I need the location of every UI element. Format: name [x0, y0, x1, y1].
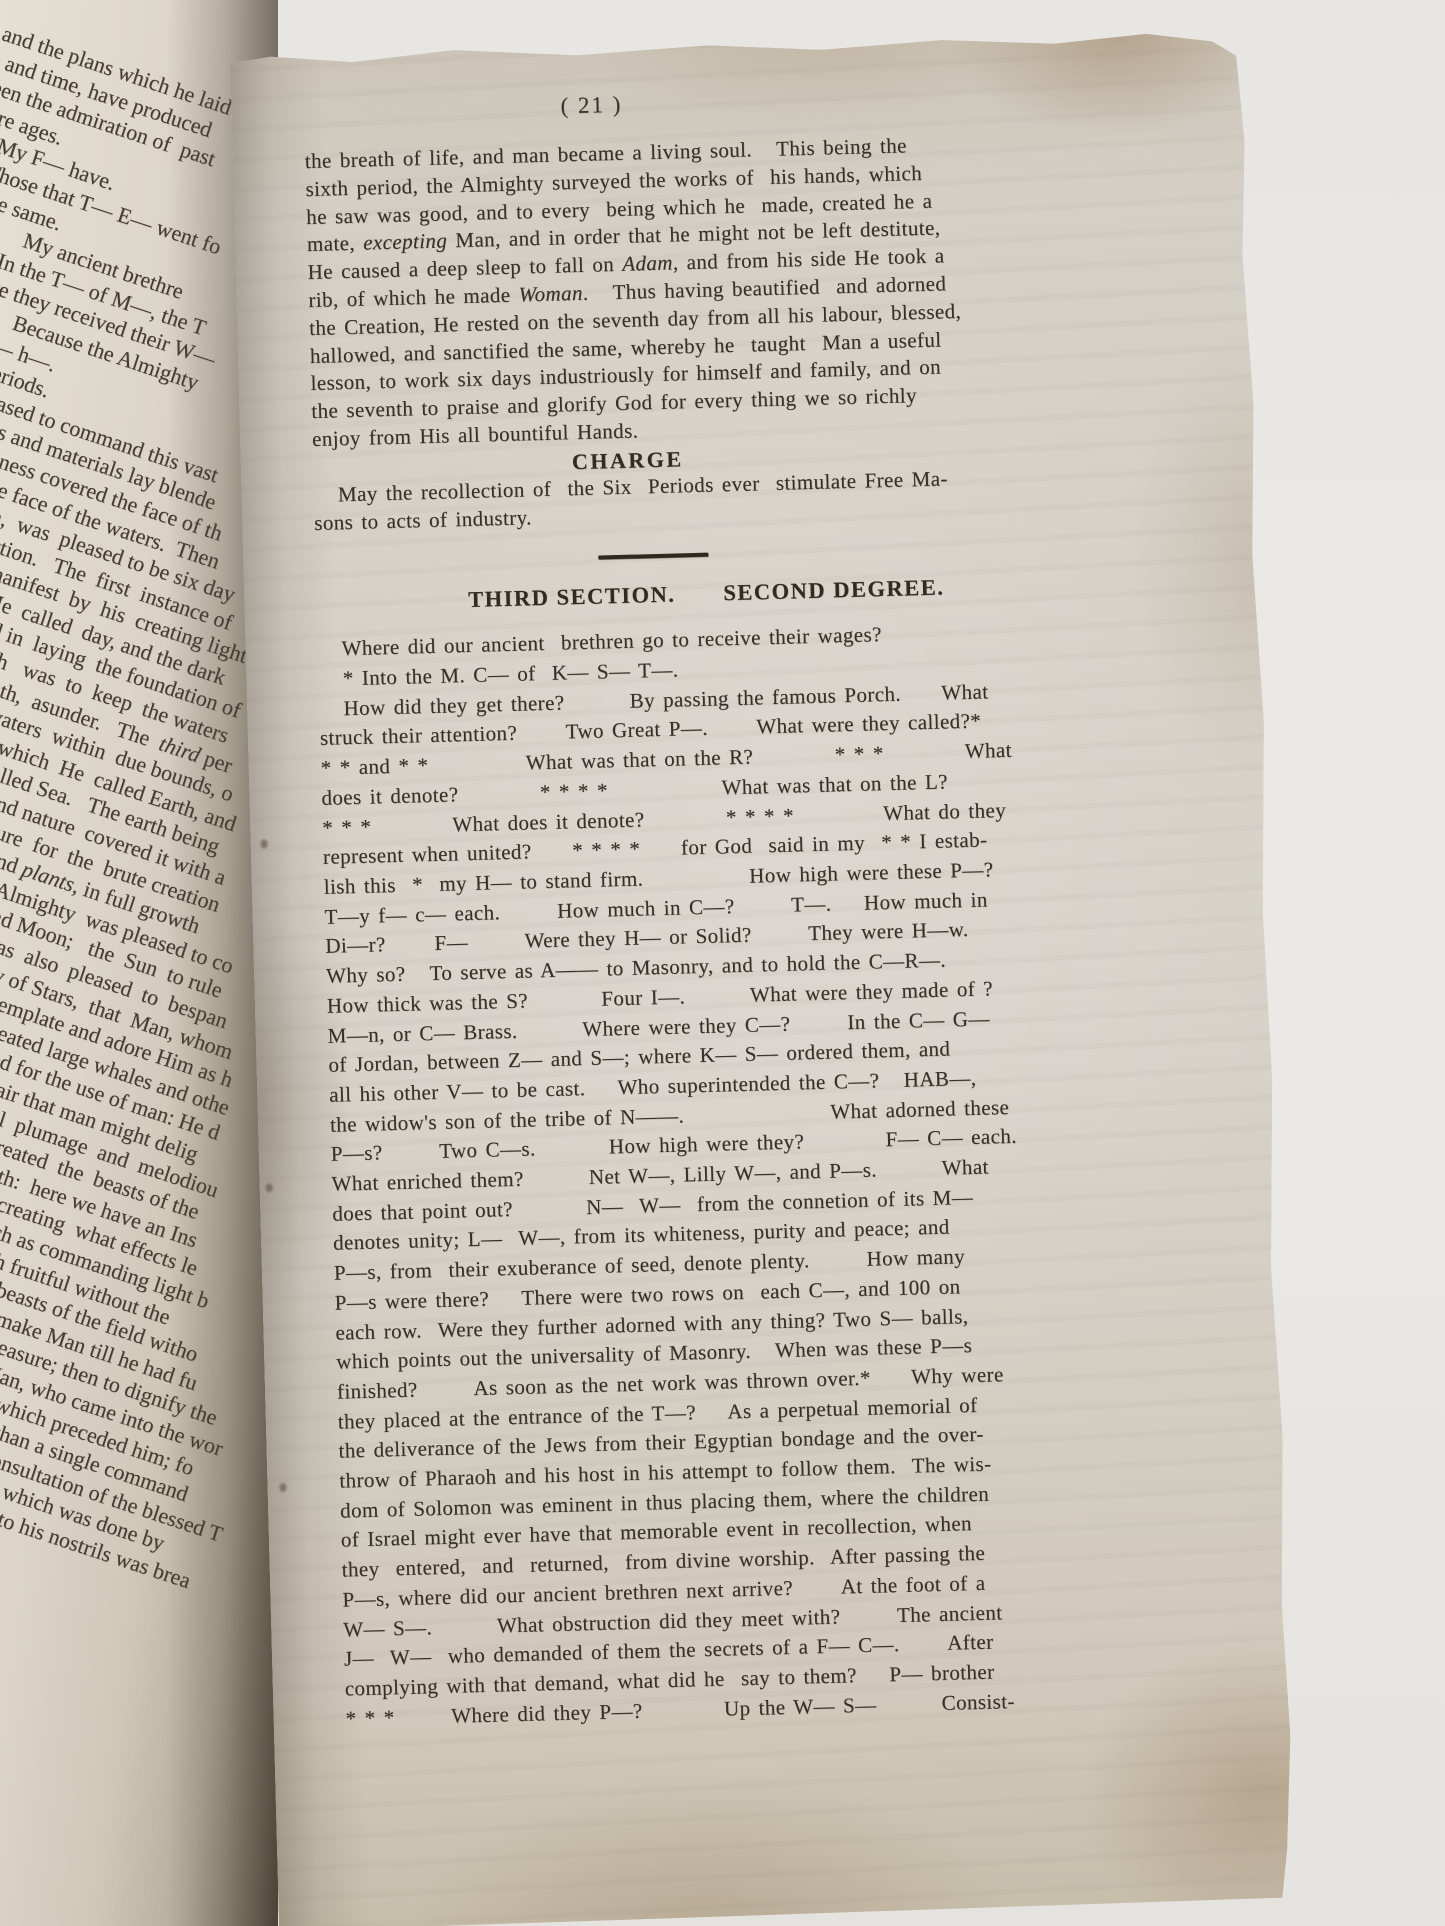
book-photo: n, and the plans which he laidce and tim…: [0, 0, 1445, 1926]
page-content: ( 21 ) the breath of life, and man becam…: [230, 32, 1206, 1736]
catechism-paragraph: Where did our ancient brethren go to rec…: [317, 613, 1205, 1734]
binding-hole: [261, 839, 268, 848]
section-heading-number: THIRD SECTION.: [468, 582, 676, 613]
section-heading-degree: SECOND DEGREE.: [723, 575, 945, 607]
binding-hole: [279, 1483, 286, 1492]
page-number: ( 21 ): [201, 82, 981, 128]
section-divider-rule: [598, 553, 708, 560]
opening-paragraph: the breath of life, and man became a liv…: [304, 126, 1172, 454]
binding-hole: [266, 1183, 273, 1192]
right-page: ( 21 ) the breath of life, and man becam…: [230, 29, 1297, 1926]
section-heading: THIRD SECTION. SECOND DEGREE.: [316, 571, 1096, 617]
